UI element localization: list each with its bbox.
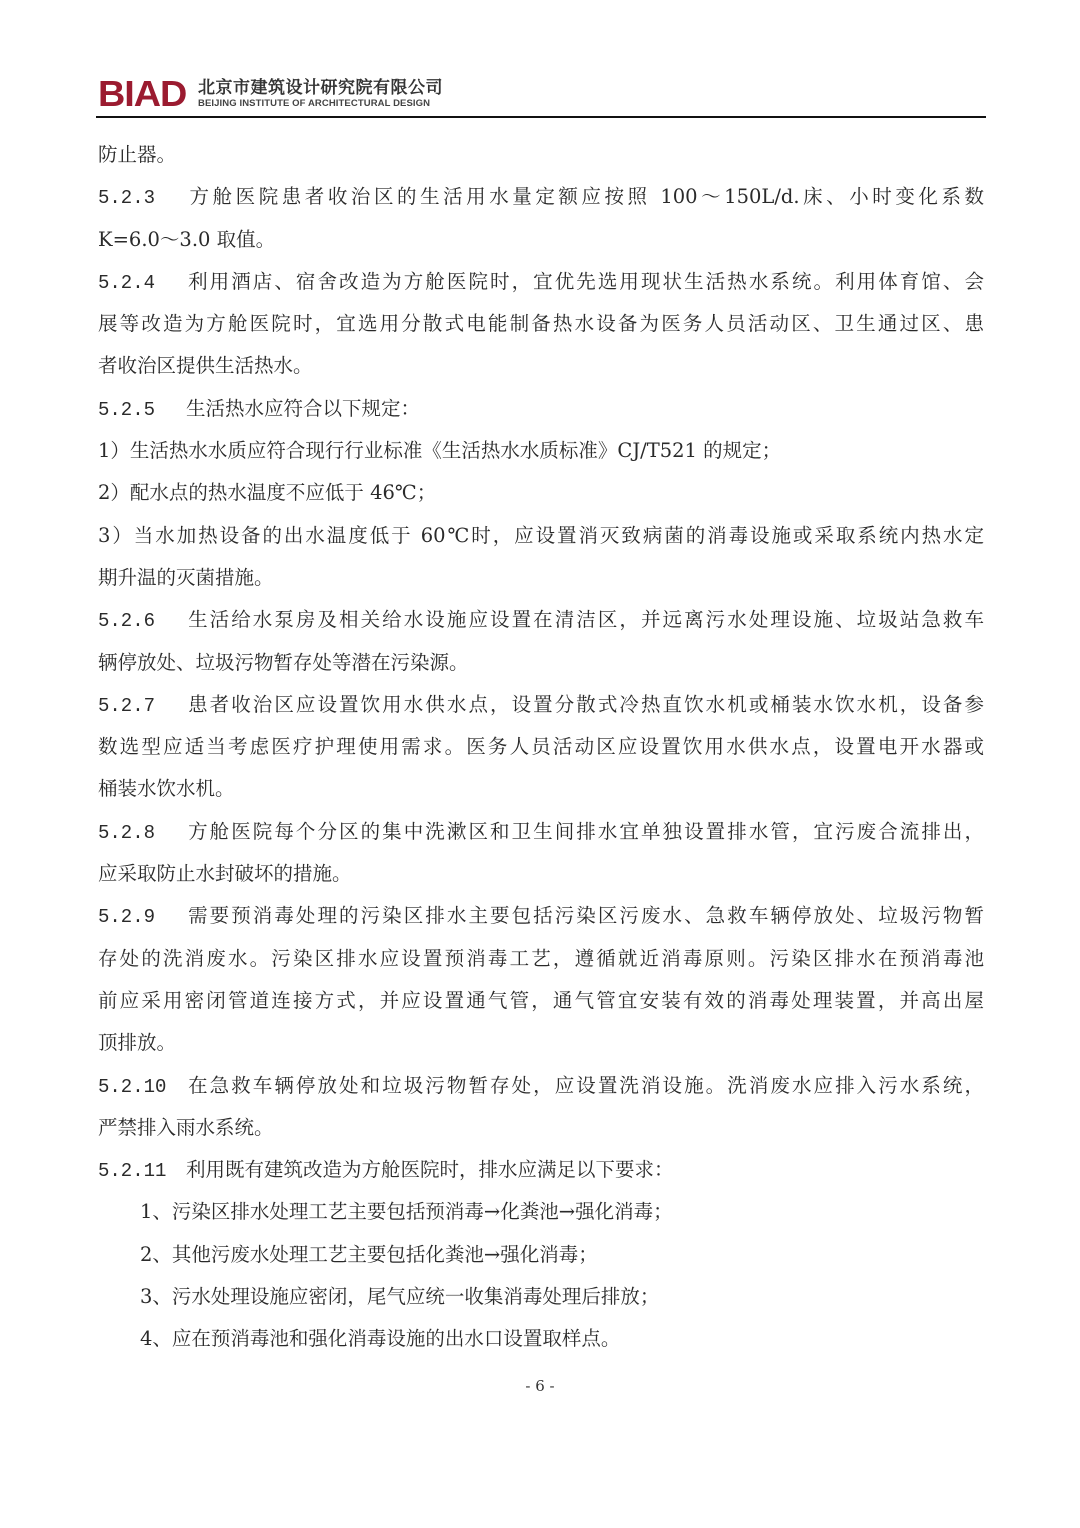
line-text: 2、其他污废水处理工艺主要包括化粪池→强化消毒； (140, 1243, 598, 1266)
text-line: 防止器。 (98, 134, 984, 176)
clause-number: 5.2.4 (98, 262, 186, 304)
text-line: 顶排放。 (98, 1022, 984, 1064)
organization-name: 北京市建筑设计研究院有限公司 BEIJING INSTITUTE OF ARCH… (198, 78, 443, 110)
line-text: 需要预消毒处理的污染区排水主要包括污染区污废水、急救车辆停放处、垃圾污物暂 (186, 904, 984, 927)
line-text: 桶装水饮水机。 (98, 777, 235, 800)
clause-line: 5.2.4利用酒店、宿舍改造为方舱医院时，宜优先选用现状生活热水系统。利用体育馆… (98, 261, 984, 303)
clause-number: 5.2.7 (98, 685, 186, 727)
text-line: 1）生活热水水质应符合现行行业标准《生活热水水质标准》CJ/T521 的规定； (98, 430, 984, 472)
line-text: 生活热水应符合以下规定： (186, 397, 420, 420)
clause-number: 5.2.11 (98, 1150, 186, 1192)
line-text: 数选型应适当考虑医疗护理使用需求。医务人员活动区应设置饮用水供水点，设置电开水器… (98, 735, 984, 758)
clause-number: 5.2.3 (98, 177, 186, 219)
line-text: 患者收治区应设置饮用水供水点，设置分散式冷热直饮水机或桶装水饮水机，设备参 (186, 693, 984, 716)
clause-number: 5.2.10 (98, 1066, 186, 1108)
line-text: 严禁排入雨水系统。 (98, 1116, 274, 1139)
page-number: - 6 - (0, 1377, 1080, 1395)
document-header: BIAD 北京市建筑设计研究院有限公司 BEIJING INSTITUTE OF… (98, 76, 443, 112)
text-line: 者收治区提供生活热水。 (98, 345, 984, 387)
line-text: 辆停放处、垃圾污物暂存处等潜在污染源。 (98, 651, 469, 674)
line-text: 方舱医院每个分区的集中洗漱区和卫生间排水宜单独设置排水管，宜污废合流排出， (186, 820, 984, 843)
text-line: 3、污水处理设施应密闭，尾气应统一收集消毒处理后排放； (98, 1276, 984, 1318)
clause-number: 5.2.6 (98, 600, 186, 642)
text-line: K=6.0～3.0 取值。 (98, 219, 984, 261)
line-text: 3、污水处理设施应密闭，尾气应统一收集消毒处理后排放； (140, 1285, 659, 1308)
line-text: 期升温的灭菌措施。 (98, 566, 274, 589)
text-line: 前应采用密闭管道连接方式，并应设置通气管，通气管宜安装有效的消毒处理装置，并高出… (98, 980, 984, 1022)
clause-line: 5.2.9需要预消毒处理的污染区排水主要包括污染区污废水、急救车辆停放处、垃圾污… (98, 895, 984, 937)
line-text: 1、污染区排水处理工艺主要包括预消毒→化粪池→强化消毒； (140, 1200, 673, 1223)
line-text: 利用酒店、宿舍改造为方舱医院时，宜优先选用现状生活热水系统。利用体育馆、会 (186, 270, 984, 293)
text-line: 数选型应适当考虑医疗护理使用需求。医务人员活动区应设置饮用水供水点，设置电开水器… (98, 726, 984, 768)
clause-number: 5.2.5 (98, 389, 186, 431)
clause-line: 5.2.5生活热水应符合以下规定： (98, 388, 984, 430)
clause-line: 5.2.10在急救车辆停放处和垃圾污物暂存处，应设置洗消设施。洗消废水应排入污水… (98, 1065, 984, 1107)
line-text: 4、应在预消毒池和强化消毒设施的出水口设置取样点。 (140, 1327, 620, 1350)
line-text: K=6.0～3.0 取值。 (98, 228, 275, 251)
text-line: 4、应在预消毒池和强化消毒设施的出水口设置取样点。 (98, 1318, 984, 1360)
line-text: 方舱医院患者收治区的生活用水量定额应按照 100～150L/d.床、小时变化系数 (186, 185, 984, 208)
text-line: 2、其他污废水处理工艺主要包括化粪池→强化消毒； (98, 1234, 984, 1276)
line-text: 2）配水点的热水温度不应低于 46℃； (98, 481, 436, 504)
clause-line: 5.2.6生活给水泵房及相关给水设施应设置在清洁区，并远离污水处理设施、垃圾站急… (98, 599, 984, 641)
clause-number: 5.2.8 (98, 812, 186, 854)
line-text: 应采取防止水封破坏的措施。 (98, 862, 352, 885)
line-text: 防止器。 (98, 143, 176, 166)
text-line: 展等改造为方舱医院时，宜选用分散式电能制备热水设备为医务人员活动区、卫生通过区、… (98, 303, 984, 345)
line-text: 存处的洗消废水。污染区排水应设置预消毒工艺，遵循就近消毒原则。污染区排水在预消毒… (98, 947, 984, 970)
header-divider (96, 116, 986, 118)
text-line: 3）当水加热设备的出水温度低于 60℃时，应设置消灭致病菌的消毒设施或采取系统内… (98, 515, 984, 557)
document-body: 防止器。5.2.3方舱医院患者收治区的生活用水量定额应按照 100～150L/d… (98, 134, 984, 1361)
text-line: 严禁排入雨水系统。 (98, 1107, 984, 1149)
line-text: 1）生活热水水质应符合现行行业标准《生活热水水质标准》CJ/T521 的规定； (98, 439, 781, 462)
clause-number: 5.2.9 (98, 896, 186, 938)
text-line: 1、污染区排水处理工艺主要包括预消毒→化粪池→强化消毒； (98, 1191, 984, 1233)
text-line: 桶装水饮水机。 (98, 768, 984, 810)
text-line: 存处的洗消废水。污染区排水应设置预消毒工艺，遵循就近消毒原则。污染区排水在预消毒… (98, 938, 984, 980)
text-line: 2）配水点的热水温度不应低于 46℃； (98, 472, 984, 514)
organization-name-cn: 北京市建筑设计研究院有限公司 (198, 78, 443, 98)
clause-line: 5.2.3方舱医院患者收治区的生活用水量定额应按照 100～150L/d.床、小… (98, 176, 984, 218)
clause-line: 5.2.11利用既有建筑改造为方舱医院时，排水应满足以下要求： (98, 1149, 984, 1191)
organization-name-en: BEIJING INSTITUTE OF ARCHITECTURAL DESIG… (198, 98, 443, 110)
line-text: 顶排放。 (98, 1031, 176, 1054)
line-text: 者收治区提供生活热水。 (98, 354, 313, 377)
text-line: 辆停放处、垃圾污物暂存处等潜在污染源。 (98, 642, 984, 684)
biad-logo: BIAD (98, 76, 186, 112)
line-text: 前应采用密闭管道连接方式，并应设置通气管，通气管宜安装有效的消毒处理装置，并高出… (98, 989, 984, 1012)
line-text: 利用既有建筑改造为方舱医院时，排水应满足以下要求： (186, 1158, 674, 1181)
line-text: 展等改造为方舱医院时，宜选用分散式电能制备热水设备为医务人员活动区、卫生通过区、… (98, 312, 984, 335)
line-text: 生活给水泵房及相关给水设施应设置在清洁区，并远离污水处理设施、垃圾站急救车 (186, 608, 984, 631)
clause-line: 5.2.8方舱医院每个分区的集中洗漱区和卫生间排水宜单独设置排水管，宜污废合流排… (98, 811, 984, 853)
line-text: 在急救车辆停放处和垃圾污物暂存处，应设置洗消设施。洗消废水应排入污水系统， (186, 1074, 984, 1097)
line-text: 3）当水加热设备的出水温度低于 60℃时，应设置消灭致病菌的消毒设施或采取系统内… (98, 524, 984, 547)
text-line: 期升温的灭菌措施。 (98, 557, 984, 599)
text-line: 应采取防止水封破坏的措施。 (98, 853, 984, 895)
clause-line: 5.2.7患者收治区应设置饮用水供水点，设置分散式冷热直饮水机或桶装水饮水机，设… (98, 684, 984, 726)
